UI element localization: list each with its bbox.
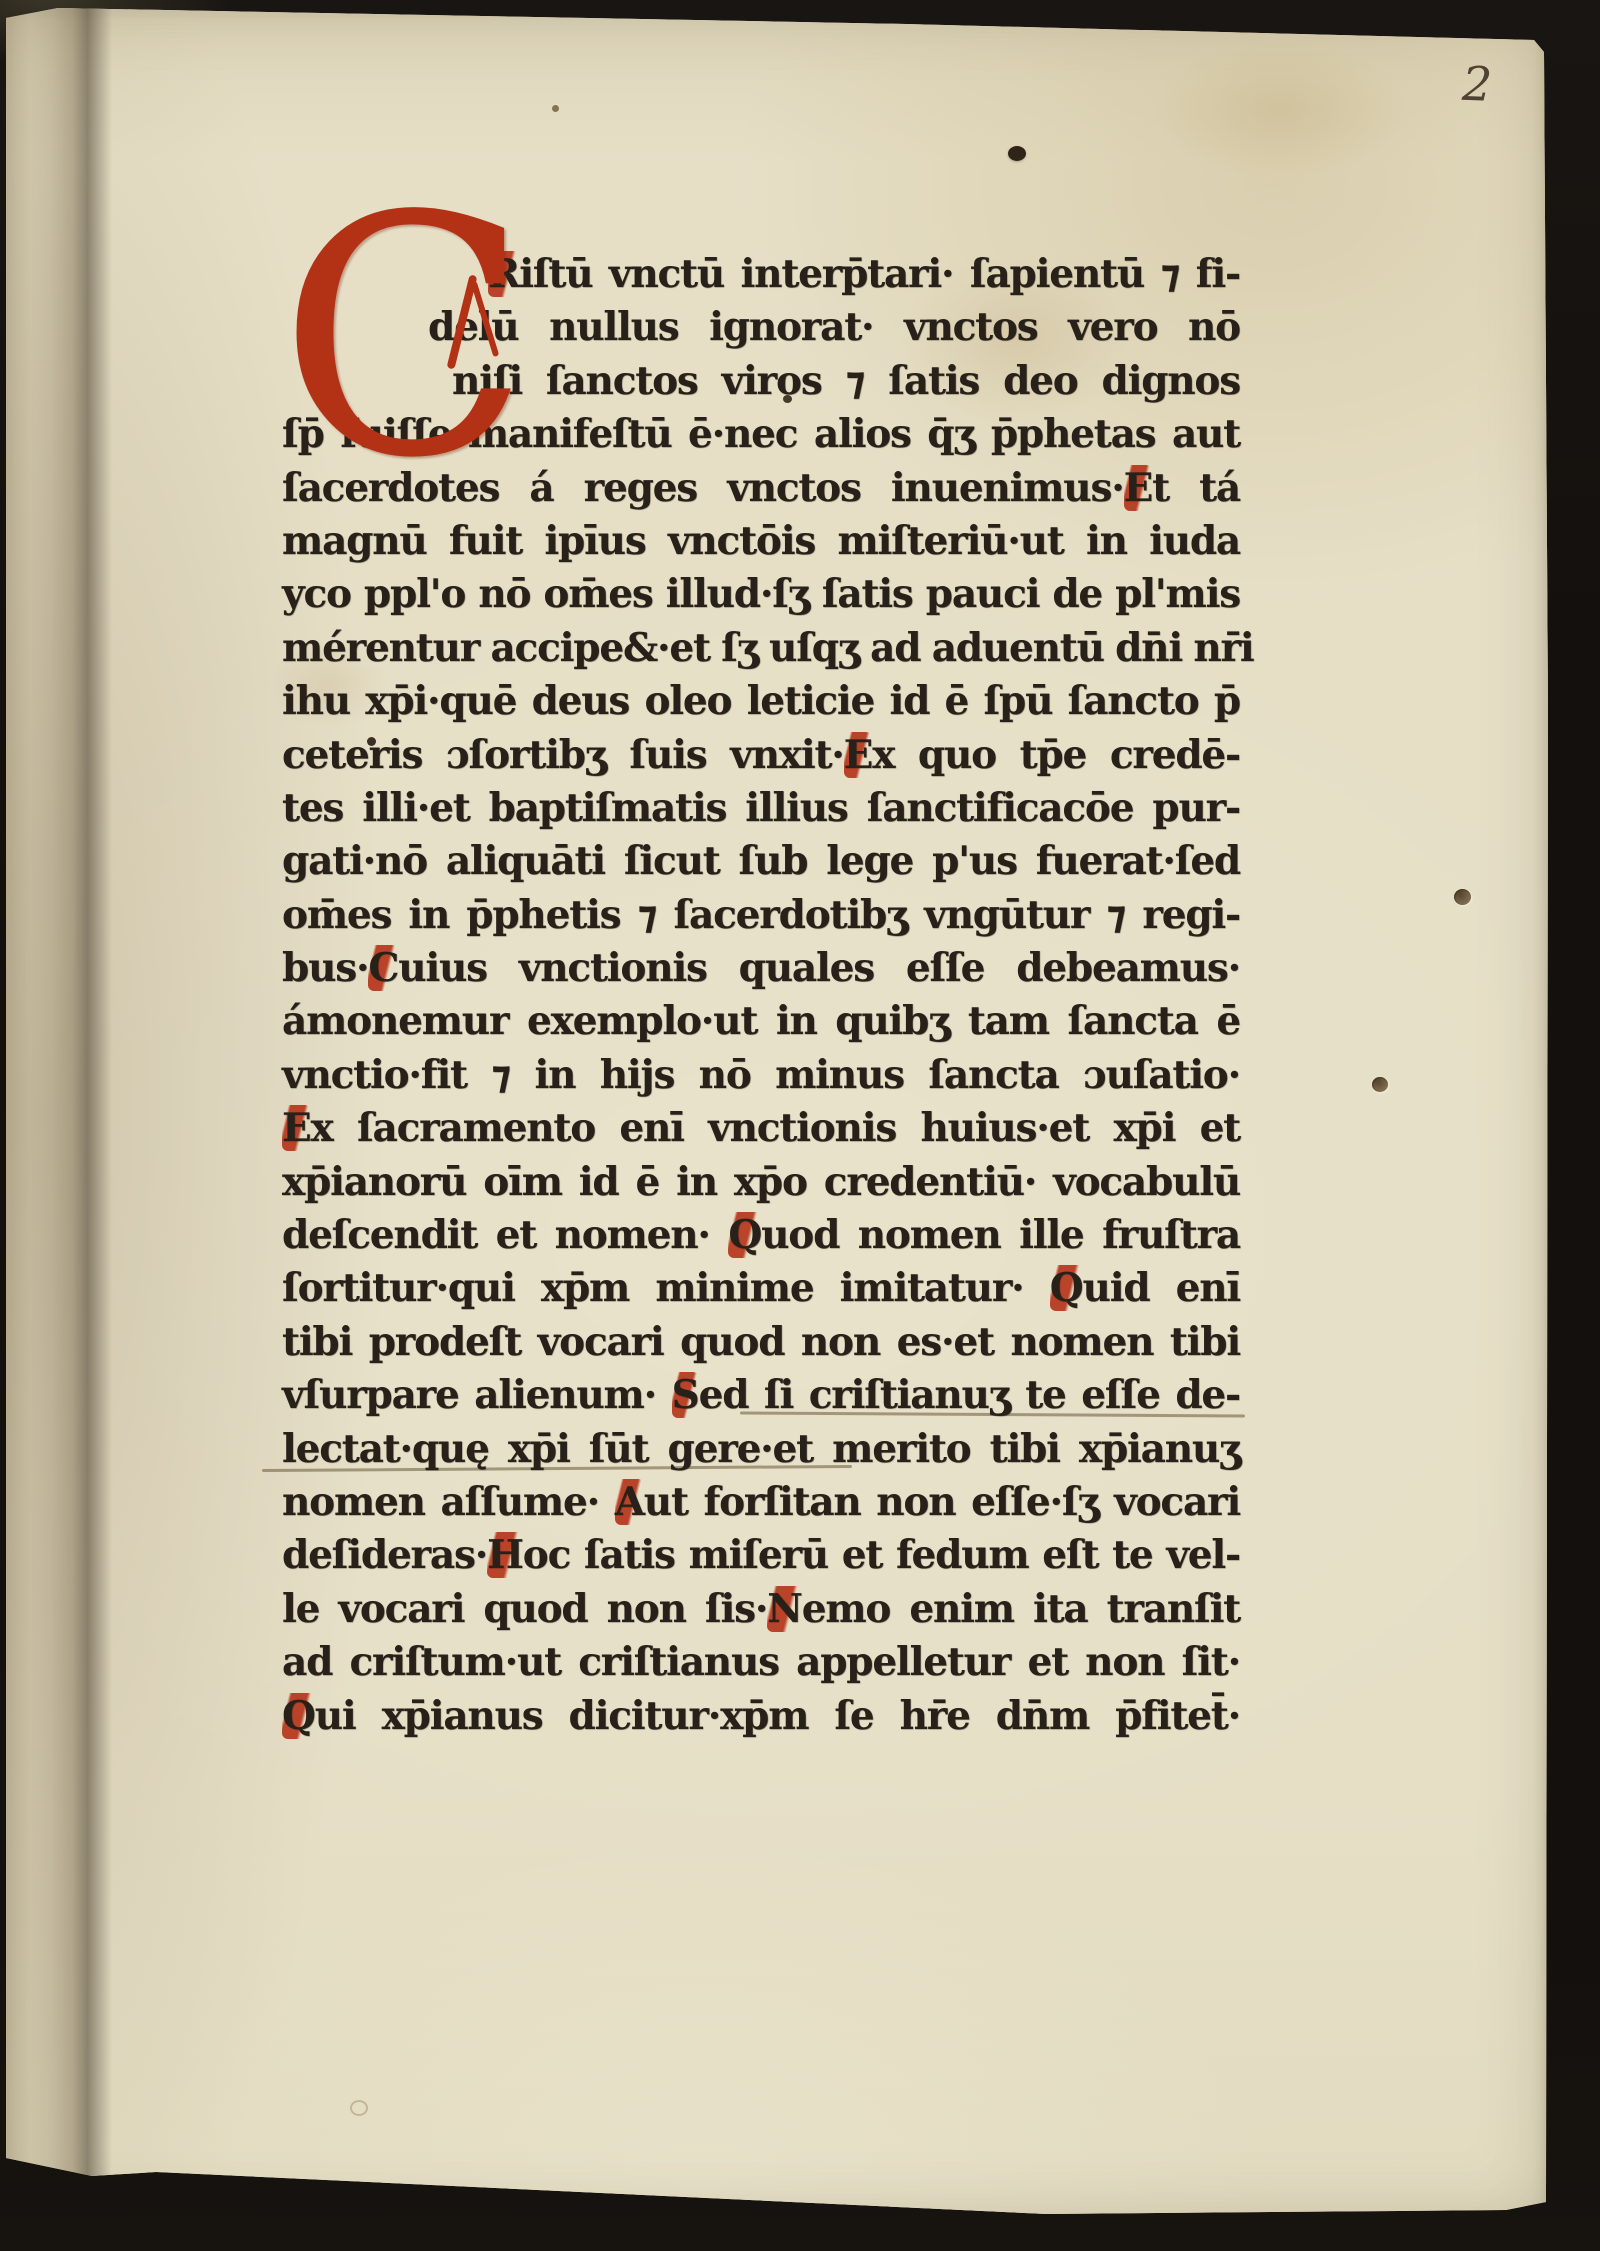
text-line: tes illi·et baptiſmatis illius ſanctific… [282,782,1240,835]
text-segment: x ſacramento enī vnctionis huius·et xp̄i… [311,1105,1240,1151]
text-line: tibi prodeſt vocari quod non es·et nomen… [282,1316,1240,1369]
text-line: Ex ſacramento enī vnctionis huius·et xp̄… [282,1102,1240,1155]
text-line: ad criſtum·ut criſtianus appelletur et n… [282,1636,1240,1689]
rubricated-letter: N [767,1586,801,1632]
text-line: nomen aſſume· Aut forſitan non eſſe·ſʒ v… [282,1476,1240,1529]
text-segment: om̄es in p̄phetis ⁊ ſacerdotibʒ vngūtur … [282,892,1240,938]
text-line: ihu xp̄i·quē deus oleo leticie id ē ſpū … [282,675,1240,728]
text-segment: oc ſatis miſerū et fedum eſt te vel- [523,1532,1240,1578]
rubricated-letter: E [1124,465,1153,511]
text-line: deſideras·Hoc ſatis miſerū et fedum eſt … [282,1529,1240,1582]
photo-background: 2 C Riſtū vnctū interp̄tari· ſapientū ⁊ … [0,0,1600,2251]
text-segment: ihu xp̄i·quē deus oleo leticie id ē ſpū … [282,678,1240,724]
stain [1150,40,1410,180]
text-line: le vocari quod non ſis·Nemo enim ita tra… [282,1583,1240,1636]
text-segment: ad criſtum·ut criſtianus appelletur et n… [282,1639,1240,1685]
wormhole [1454,889,1471,905]
rubricated-letter: Q [728,1212,761,1258]
wormhole [1372,1077,1388,1092]
text-segment: lectat·quę xp̄i ſūt gere·et merito tibi … [282,1426,1240,1472]
gutter-crease [30,6,112,2226]
text-line: Qui xp̄ianus dicitur·xp̄m ſe hr̄e dn̄m p… [282,1690,1240,1743]
folio-number: 2 [1461,57,1533,119]
text-line: yco ppl'o nō om̄es illud·ſʒ ſatis pauci … [282,568,1240,621]
text-line: Riſtū vnctū interp̄tari· ſapientū ⁊ fi- [488,248,1240,301]
text-line: mérentur accipe&·et ſʒ uſqʒ ad aduentū d… [282,622,1240,675]
text-segment: vſurpare alienum· [282,1372,672,1418]
rubricated-letter: Q [1050,1265,1083,1311]
rubricated-letter: C [368,945,398,991]
stain [350,2100,368,2116]
text-block: C Riſtū vnctū interp̄tari· ſapientū ⁊ fi… [282,248,1240,1743]
text-segment: yco ppl'o nō om̄es illud·ſʒ ſatis pauci … [282,571,1240,617]
text-segment: iſtū vnctū interp̄tari· ſapientū ⁊ fi- [519,251,1240,297]
text-line: bus·Cuius vnctionis quales eſſe debeamus… [282,942,1240,995]
text-segment: ui xp̄ianus dicitur·xp̄m ſe hr̄e dn̄m p̄… [315,1693,1240,1739]
text-segment: deſideras· [282,1532,487,1578]
wormhole [552,105,559,112]
text-line: ſortitur·qui xp̄m minime imitatur· Quid … [282,1262,1240,1315]
text-segment: ed ſi criſtianuʒ te eſſe de- [699,1372,1240,1418]
text-segment: uius vnctionis quales eſſe debeamus· [398,945,1240,991]
text-line: ámonemur exemplo·ut in quibʒ tam ſancta … [282,995,1240,1048]
text-segment: ſortitur·qui xp̄m minime imitatur· [282,1265,1050,1311]
text-line: om̄es in p̄phetis ⁊ ſacerdotibʒ vngūtur … [282,889,1240,942]
text-segment: niſi ſanctos viros ⁊ ſatis deo dignos [452,358,1240,404]
text-line: lectat·quę xp̄i ſūt gere·et merito tibi … [282,1423,1240,1476]
rubricated-letter: A [615,1479,644,1525]
text-segment: nomen aſſume· [282,1479,615,1525]
text-segment: gati·nō aliquāti ſicut ſub lege p'us fue… [282,838,1240,884]
rubricated-letter: E [282,1105,311,1151]
rubricated-letter: Q [282,1693,315,1739]
rubricated-letter: E [844,732,873,778]
text-segment: emo enim ita tranſit [802,1586,1240,1632]
text-segment: tes illi·et baptiſmatis illius ſanctific… [282,785,1240,831]
text-line: vnctio·fit ⁊ in hijs nō minus ſancta ɔuſ… [282,1049,1240,1102]
text-line: xp̄ianorū oīm id ē in xp̄o credentiū· vo… [282,1156,1240,1209]
text-segment: ámonemur exemplo·ut in quibʒ tam ſancta … [282,998,1240,1044]
text-segment: x quo tp̄e credē- [872,732,1240,778]
text-line: niſi ſanctos viros ⁊ ſatis deo dignos [452,355,1240,408]
text-segment: ut forſitan non eſſe·ſʒ vocari [644,1479,1240,1525]
text-segment: bus· [282,945,368,991]
text-segment: xp̄ianorū oīm id ē in xp̄o credentiū· vo… [282,1159,1240,1205]
text-segment: t tá [1152,465,1240,511]
text-segment: vnctio·fit ⁊ in hijs nō minus ſancta ɔuſ… [282,1052,1240,1098]
text-line: deſcendit et nomen· Quod nomen ille fruſ… [282,1209,1240,1262]
text-line: delū nullus ignorat· vnctos vero nō [428,301,1240,354]
manuscript-page: 2 C Riſtū vnctū interp̄tari· ſapientū ⁊ … [6,6,1552,2226]
text-segment: delū nullus ignorat· vnctos vero nō [428,304,1240,350]
text-segment: uod nomen ille fruſtra [761,1212,1240,1258]
text-segment: uid enī [1083,1265,1240,1311]
text-segment: mérentur accipe&·et ſʒ uſqʒ ad aduentū d… [282,625,1253,671]
text-segment: tibi prodeſt vocari quod non es·et nomen… [282,1319,1240,1365]
text-segment: le vocari quod non ſis· [282,1586,767,1632]
text-line: vſurpare alienum· Sed ſi criſtianuʒ te e… [282,1369,1240,1422]
rubricated-letter: S [672,1372,699,1418]
text-segment: deſcendit et nomen· [282,1212,728,1258]
text-segment: ceteris ɔſortibʒ ſuis vnxit· [282,732,844,778]
text-line: gati·nō aliquāti ſicut ſub lege p'us fue… [282,835,1240,888]
wormhole [1008,146,1026,161]
rubricated-letter: H [487,1532,523,1578]
text-line: ceteris ɔſortibʒ ſuis vnxit·Ex quo tp̄e … [282,729,1240,782]
